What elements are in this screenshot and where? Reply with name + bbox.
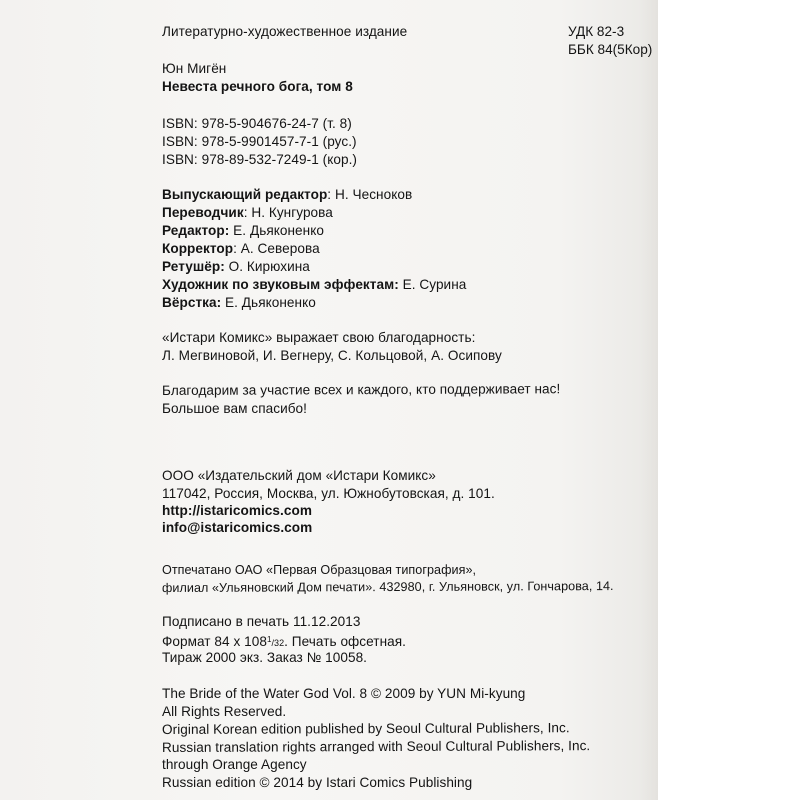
imprint-page: Литературно-художественное издание УДК 8… (0, 0, 658, 800)
print-format: Формат 84 х 1081/32. Печать офсетная. (162, 632, 406, 651)
credit-role: Выпускающий редактор (162, 187, 327, 202)
signed-date: Подписано в печать 11.12.2013 (162, 614, 361, 630)
credit-line: Художник по звуковым эффектам: Е. Сурина (162, 277, 466, 293)
copyright-rights: All Rights Reserved. (162, 704, 286, 720)
copyright-agency: through Orange Agency (162, 757, 307, 773)
credit-role: Переводчик (162, 205, 244, 220)
credit-role: Редактор: (162, 223, 229, 238)
udk-code: УДК 82-3 (568, 24, 624, 40)
thanks-names: Л. Мегвиновой, И. Вегнеру, С. Кольцовой,… (162, 348, 502, 364)
thanks-closing: Большое вам спасибо! (162, 401, 307, 417)
printer-line1: Отпечатано ОАО «Первая Образцовая типогр… (162, 562, 476, 578)
credit-line: Корректор: А. Северова (162, 241, 320, 257)
credit-name: Н. Кунгурова (251, 205, 333, 220)
isbn-korean: ISBN: 978-89-532-7249-1 (кор.) (162, 152, 357, 168)
fraction-denominator: /32 (271, 638, 284, 648)
credit-name: О. Кирюхина (229, 259, 310, 274)
credit-line: Переводчик: Н. Кунгурова (162, 205, 333, 221)
format-fraction: 1/32 (267, 638, 284, 648)
format-prefix: Формат 84 х 108 (162, 634, 267, 649)
publisher-name: ООО «Издательский дом «Истари Комикс» (162, 468, 436, 484)
credit-line: Редактор: Е. Дьяконенко (162, 223, 324, 239)
credit-name: А. Северова (241, 241, 320, 256)
book-title: Невеста речного бога, том 8 (162, 79, 353, 95)
isbn-volume: ISBN: 978-5-904676-24-7 (т. 8) (162, 116, 352, 132)
bbk-code: ББК 84(5Кор) (568, 42, 652, 58)
copyright-translation: Russian translation rights arranged with… (162, 738, 590, 756)
publisher-address: 117042, Россия, Москва, ул. Южнобутовска… (162, 486, 495, 502)
publisher-email: info@istaricomics.com (162, 520, 312, 536)
thanks-supporters: Благодарим за участие всех и каждого, кт… (162, 381, 560, 399)
copyright-korean-edition: Original Korean edition published by Seo… (162, 720, 570, 738)
credit-line: Ретушёр: О. Кирюхина (162, 259, 310, 275)
publisher-website: http://istaricomics.com (162, 503, 312, 519)
printer-line2: филиал «Ульяновский Дом печати». 432980,… (162, 578, 614, 596)
format-suffix: . Печать офсетная. (284, 634, 406, 649)
credit-role: Ретушёр: (162, 259, 225, 274)
credit-role: Художник по звуковым эффектам: (162, 277, 399, 292)
print-run: Тираж 2000 экз. Заказ № 10058. (162, 650, 367, 666)
credit-sep: : (233, 241, 241, 256)
edition-type: Литературно-художественное издание (162, 24, 407, 40)
credit-line: Вёрстка: Е. Дьяконенко (162, 295, 316, 311)
credit-name: Н. Чесноков (335, 187, 412, 202)
copyright-original: The Bride of the Water God Vol. 8 © 2009… (162, 686, 525, 702)
thanks-intro: «Истари Комикс» выражает свою благодарно… (162, 330, 475, 346)
author: Юн Мигён (162, 61, 226, 77)
isbn-russian: ISBN: 978-5-9901457-7-1 (рус.) (162, 134, 357, 150)
credit-name: Е. Дьяконенко (233, 223, 324, 238)
copyright-russian-edition: Russian edition © 2014 by Istari Comics … (162, 775, 472, 791)
credit-role: Вёрстка: (162, 295, 221, 310)
credit-role: Корректор (162, 241, 233, 256)
credit-name: Е. Сурина (403, 277, 467, 292)
credit-line: Выпускающий редактор: Н. Чесноков (162, 187, 412, 203)
credit-sep: : (327, 187, 335, 202)
credit-name: Е. Дьяконенко (225, 295, 316, 310)
